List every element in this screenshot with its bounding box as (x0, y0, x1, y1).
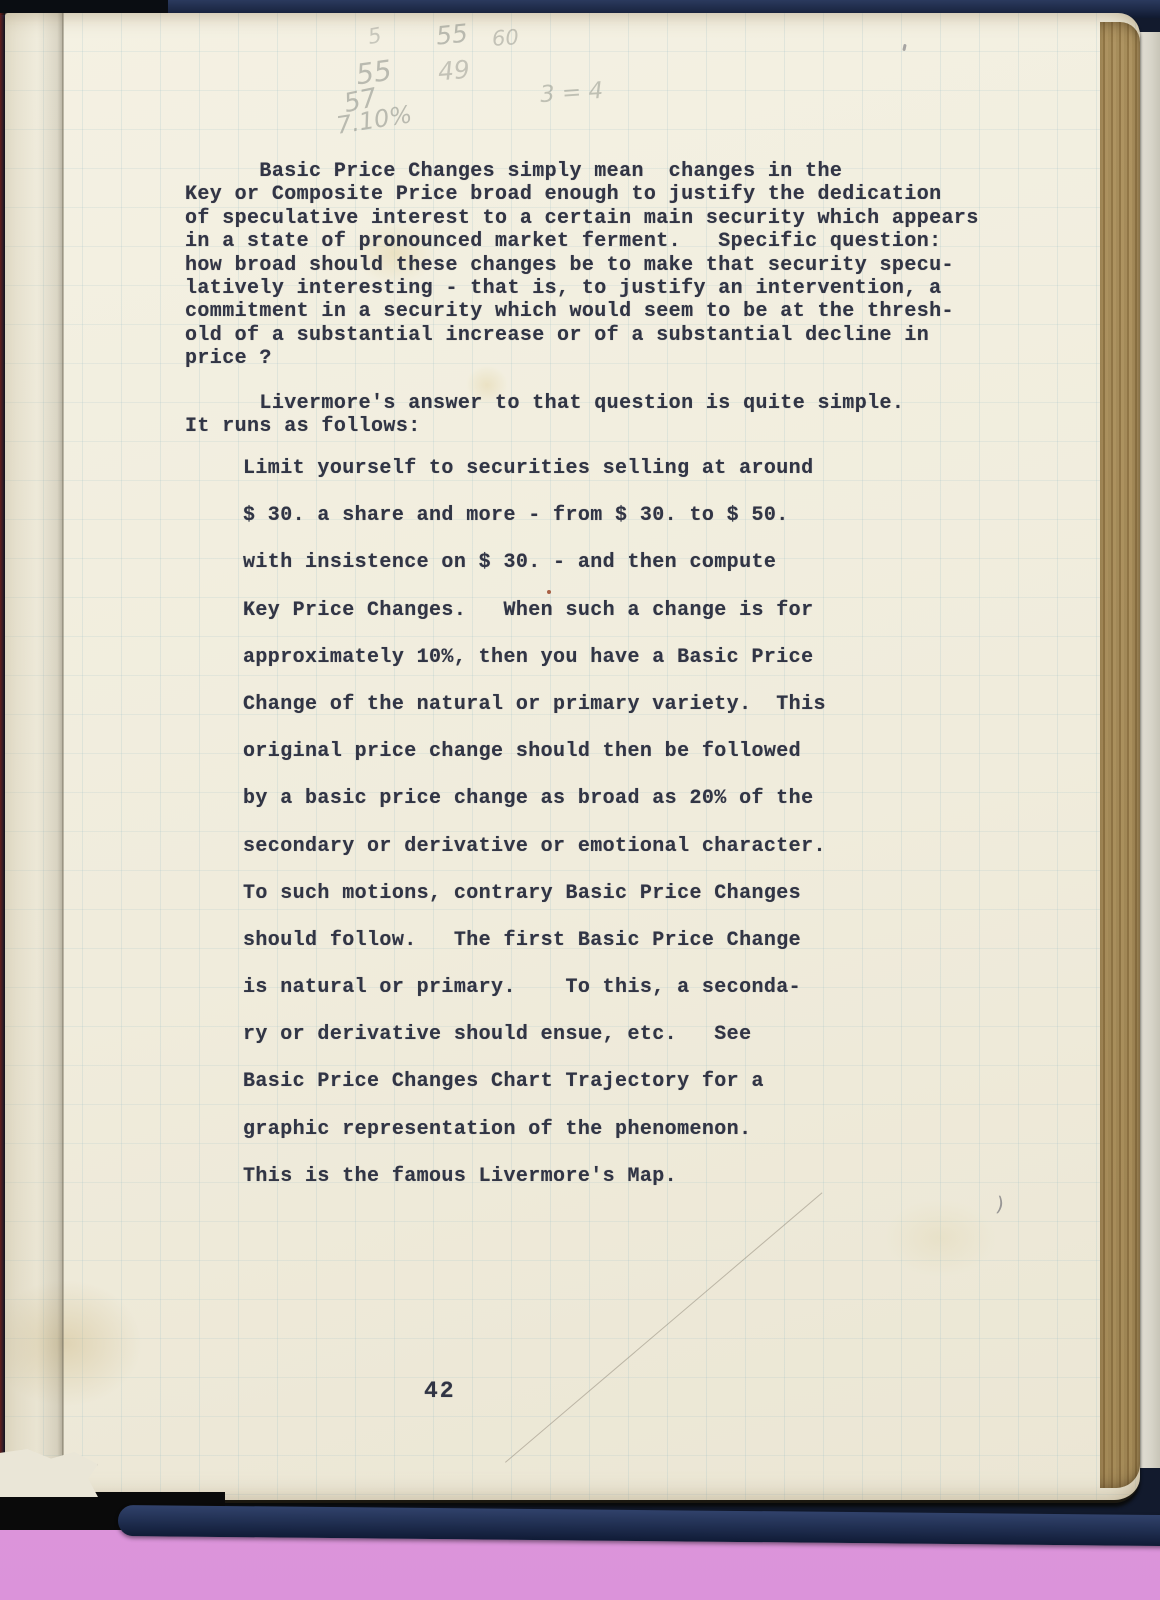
text-line: graphic representation of the phenomenon… (243, 1106, 826, 1153)
text-line: Key Price Changes. When such a change is… (243, 587, 826, 634)
text-line: Basic Price Changes simply mean changes … (185, 160, 979, 183)
text-line: Basic Price Changes Chart Trajectory for… (243, 1058, 826, 1105)
paragraph-basic-price-changes: Basic Price Changes simply mean changes … (185, 160, 979, 371)
left-edge-red-sliver (0, 13, 5, 1494)
pencil-scribble: 55 (435, 18, 470, 50)
text-line: approximately 10%, then you have a Basic… (243, 634, 826, 681)
text-line: This is the famous Livermore's Map. (243, 1153, 826, 1200)
text-line: by a basic price change as broad as 20% … (243, 775, 826, 822)
endpaper-edge (1138, 32, 1160, 1468)
text-line: should follow. The first Basic Price Cha… (243, 917, 826, 964)
pencil-scribble: 49 (437, 55, 471, 87)
text-line: how broad should these changes be to mak… (185, 254, 979, 277)
text-line: Limit yourself to securities selling at … (243, 445, 826, 492)
pencil-scribble: 60 (491, 25, 519, 51)
page-edge-stack (1100, 22, 1140, 1488)
text-line: commitment in a security which would see… (185, 300, 979, 323)
text-line: Change of the natural or primary variety… (243, 681, 826, 728)
text-line: latively interesting - that is, to justi… (185, 277, 979, 300)
text-line: $ 30. a share and more - from $ 30. to $… (243, 492, 826, 539)
text-line: is natural or primary. To this, a second… (243, 964, 826, 1011)
text-line: price ? (185, 347, 979, 370)
text-line: To such motions, contrary Basic Price Ch… (243, 870, 826, 917)
text-line: It runs as follows: (185, 415, 904, 438)
text-line: in a state of pronounced market ferment.… (185, 230, 979, 253)
blockquote-livermore-rule: Limit yourself to securities selling at … (243, 445, 826, 1200)
text-line: original price change should then be fol… (243, 728, 826, 775)
paragraph-livermores-answer: Livermore's answer to that question is q… (185, 392, 904, 439)
page-number: 42 (424, 1380, 456, 1403)
pencil-scribble: 3 = 4 (539, 78, 604, 108)
text-line: with insistence on $ 30. - and then comp… (243, 539, 826, 586)
text-line: secondary or derivative or emotional cha… (243, 823, 826, 870)
text-line: ry or derivative should ensue, etc. See (243, 1011, 826, 1058)
text-line: Livermore's answer to that question is q… (185, 392, 904, 415)
text-line: old of a substantial increase or of a su… (185, 324, 979, 347)
text-line: Key or Composite Price broad enough to j… (185, 183, 979, 206)
text-line: of speculative interest to a certain mai… (185, 207, 979, 230)
gutter-crease (62, 13, 64, 1500)
